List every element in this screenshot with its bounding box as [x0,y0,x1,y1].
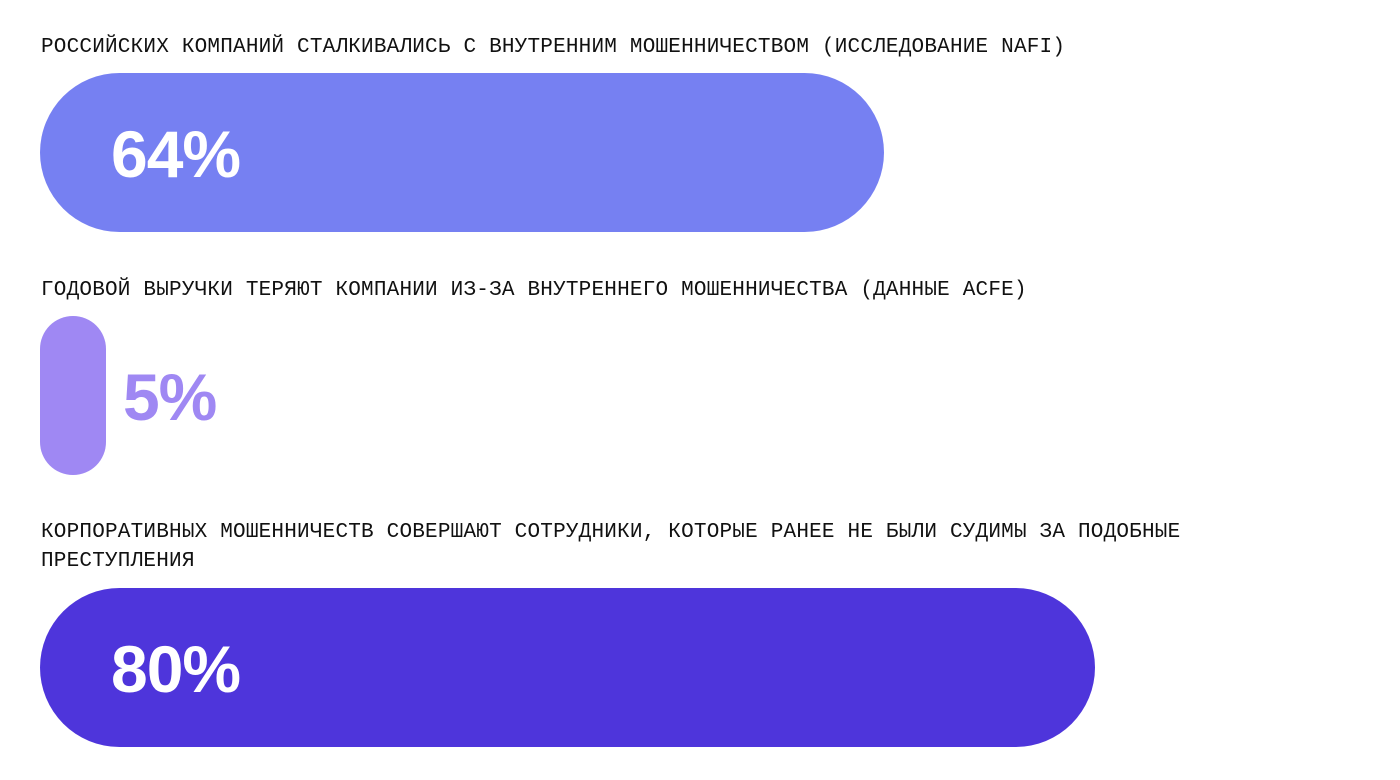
stat-value-nafi: 64% [111,121,240,187]
stat-value-acfe: 5% [123,364,216,430]
stat-value-employees: 80% [111,636,240,702]
stat-label-nafi: Российских компаний сталкивались с внутр… [41,33,1301,62]
stat-label-employees: корпоративных мошенничеств совершают сот… [41,518,1301,576]
stat-label-acfe: годовой выручки теряют компании из-за вн… [41,276,1301,305]
stat-bar-acfe [40,316,106,475]
